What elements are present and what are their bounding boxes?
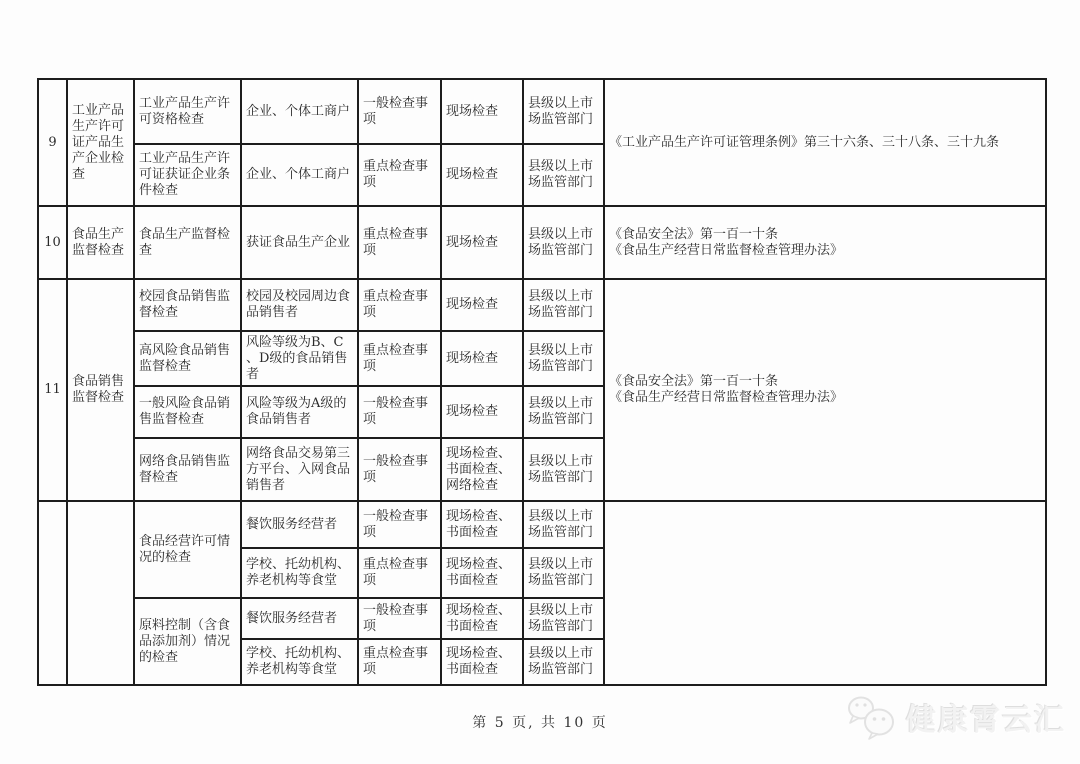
target-cell: 企业、个体工商户 <box>241 144 358 206</box>
department-cell: 县级以上市场监管部门 <box>523 438 604 501</box>
category-cell: 工业产品生产许可证产品生产企业检查 <box>67 79 134 206</box>
row-number-cell: 11 <box>38 279 67 501</box>
item-cell: 网络食品销售监督检查 <box>134 438 241 501</box>
document-page: 9 工业产品生产许可证产品生产企业检查 工业产品生产许可资格检查 企业、个体工商… <box>0 0 1080 764</box>
department-cell: 县级以上市场监管部门 <box>523 144 604 206</box>
item-cell: 高风险食品销售监督检查 <box>134 331 241 386</box>
department-cell: 县级以上市场监管部门 <box>523 279 604 331</box>
check-type-cell: 一般检查事项 <box>358 501 441 548</box>
legal-basis-cell: 《工业产品生产许可证管理条例》第三十六条、三十八条、三十九条 <box>604 79 1046 206</box>
target-cell: 餐饮服务经营者 <box>241 598 358 639</box>
wechat-icon <box>846 694 898 740</box>
check-type-cell: 重点检查事项 <box>358 144 441 206</box>
department-cell: 县级以上市场监管部门 <box>523 79 604 144</box>
method-cell: 现场检查 <box>441 206 523 279</box>
method-cell: 现场检查 <box>441 144 523 206</box>
check-type-cell: 重点检查事项 <box>358 548 441 598</box>
department-cell: 县级以上市场监管部门 <box>523 639 604 685</box>
target-cell: 校园及校园周边食品销售者 <box>241 279 358 331</box>
check-type-cell: 一般检查事项 <box>358 79 441 144</box>
item-cell: 工业产品生产许可证获证企业条件检查 <box>134 144 241 206</box>
legal-basis-cell: 《食品安全法》第一百一十条 《食品生产经营日常监督检查管理办法》 <box>604 206 1046 279</box>
target-cell: 学校、托幼机构、养老机构等食堂 <box>241 548 358 598</box>
watermark-text: 健康霄云汇 <box>906 695 1066 739</box>
category-cell: 食品销售监督检查 <box>67 279 134 501</box>
row-number-cell: 9 <box>38 79 67 206</box>
method-cell: 现场检查、书面检查 <box>441 598 523 639</box>
category-cell <box>67 501 134 685</box>
method-cell: 现场检查 <box>441 79 523 144</box>
target-cell: 获证食品生产企业 <box>241 206 358 279</box>
department-cell: 县级以上市场监管部门 <box>523 331 604 386</box>
check-type-cell: 重点检查事项 <box>358 206 441 279</box>
method-cell: 现场检查、书面检查 <box>441 548 523 598</box>
target-cell: 风险等级为A级的食品销售者 <box>241 386 358 438</box>
item-cell: 校园食品销售监督检查 <box>134 279 241 331</box>
target-cell: 企业、个体工商户 <box>241 79 358 144</box>
item-cell: 食品生产监督检查 <box>134 206 241 279</box>
method-cell: 现场检查 <box>441 386 523 438</box>
department-cell: 县级以上市场监管部门 <box>523 386 604 438</box>
legal-basis-cell: 《食品安全法》第一百一十条 《食品生产经营日常监督检查管理办法》 <box>604 279 1046 501</box>
category-cell: 食品生产监督检查 <box>67 206 134 279</box>
check-type-cell: 一般检查事项 <box>358 598 441 639</box>
method-cell: 现场检查、书面检查 <box>441 501 523 548</box>
watermark: 健康霄云汇 <box>846 694 1066 740</box>
target-cell: 风险等级为B、C、D级的食品销售者 <box>241 331 358 386</box>
row-number-cell: 10 <box>38 206 67 279</box>
method-cell: 现场检查、书面检查 <box>441 639 523 685</box>
target-cell: 网络食品交易第三方平台、入网食品销售者 <box>241 438 358 501</box>
row-number-cell <box>38 501 67 685</box>
check-type-cell: 重点检查事项 <box>358 331 441 386</box>
department-cell: 县级以上市场监管部门 <box>523 548 604 598</box>
check-type-cell: 重点检查事项 <box>358 639 441 685</box>
item-cell: 食品经营许可情况的检查 <box>134 501 241 598</box>
check-type-cell: 重点检查事项 <box>358 279 441 331</box>
method-cell: 现场检查 <box>441 279 523 331</box>
item-cell: 工业产品生产许可资格检查 <box>134 79 241 144</box>
target-cell: 餐饮服务经营者 <box>241 501 358 548</box>
legal-basis-cell <box>604 501 1046 685</box>
department-cell: 县级以上市场监管部门 <box>523 598 604 639</box>
check-type-cell: 一般检查事项 <box>358 438 441 501</box>
check-type-cell: 一般检查事项 <box>358 386 441 438</box>
method-cell: 现场检查 <box>441 331 523 386</box>
item-cell: 原料控制（含食品添加剂）情况的检查 <box>134 598 241 685</box>
item-cell: 一般风险食品销售监督检查 <box>134 386 241 438</box>
department-cell: 县级以上市场监管部门 <box>523 206 604 279</box>
department-cell: 县级以上市场监管部门 <box>523 501 604 548</box>
target-cell: 学校、托幼机构、养老机构等食堂 <box>241 639 358 685</box>
method-cell: 现场检查、书面检查、网络检查 <box>441 438 523 501</box>
inspection-table: 9 工业产品生产许可证产品生产企业检查 工业产品生产许可资格检查 企业、个体工商… <box>37 78 1047 686</box>
